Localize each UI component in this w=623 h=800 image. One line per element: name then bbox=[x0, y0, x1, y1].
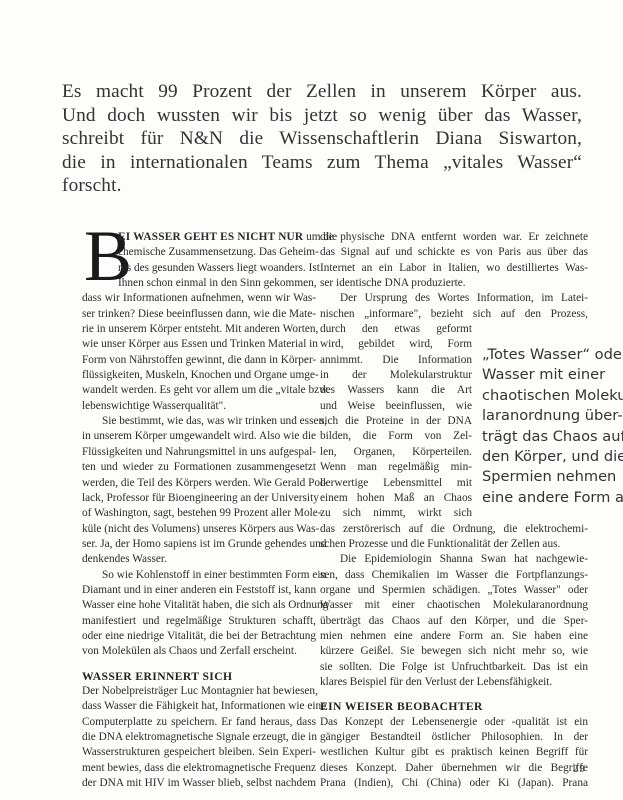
body-line: einem hohen Maß an Chaos bbox=[320, 491, 472, 506]
body-line: des Wassers kann die Art bbox=[320, 383, 472, 398]
body-line: derwertige Lebensmittel mit bbox=[320, 476, 472, 491]
body-line: wandelt werden. Es geht vor allem um die… bbox=[82, 383, 316, 398]
intro-line: Und doch wussten wir bis jetzt so wenig … bbox=[62, 104, 582, 128]
body-line: ser. Ja, der Homo sapiens ist im Grunde … bbox=[82, 537, 316, 552]
body-line: die physische DNA entfernt worden war. E… bbox=[320, 230, 588, 245]
body-line: ten und wieder zu Formationen zusammenge… bbox=[82, 460, 316, 475]
body-line: Wasser eine hohe Vitalität haben, die si… bbox=[82, 598, 316, 613]
body-line: organe und Spermien schädigen. „Totes Wa… bbox=[320, 583, 588, 598]
body-line: sie sollten. Die Folge ist Unfruchtbarke… bbox=[320, 660, 588, 675]
pull-quote-line: trägt das Chaos auf bbox=[482, 427, 592, 447]
body-line: schen Prozesse und die Funktionalität de… bbox=[320, 537, 588, 552]
lead-in: EI WASSER GEHT ES NICHT NUR bbox=[118, 231, 303, 243]
intro-line: schreibt für N&N die Wissenschaftlerin D… bbox=[62, 127, 582, 151]
body-line: EI WASSER GEHT ES NICHT NUR um die bbox=[82, 230, 316, 245]
pull-quote-line: „Totes Wasser“ oder bbox=[482, 345, 592, 365]
intro-line: die in internationalen Teams zum Thema „… bbox=[62, 151, 582, 175]
body-line: von Molekülen als Chaos und Zerfall ersc… bbox=[82, 644, 316, 659]
body-line: Sie bestimmt, wie das, was wir trinken u… bbox=[82, 414, 316, 429]
body-line: westlichen Kultur gibt es praktisch kein… bbox=[320, 745, 588, 760]
body-line: die DNA elektromagnetische Signale erzeu… bbox=[82, 730, 316, 745]
body-column-1: EI WASSER GEHT ES NICHT NUR um die chemi… bbox=[82, 230, 316, 791]
body-line: Computerplatte zu speichern. Er fand her… bbox=[82, 715, 316, 730]
pull-quote-line: Wasser mit einer bbox=[482, 365, 592, 385]
body-line: gängiger Bestandteil östlicher Philosoph… bbox=[320, 730, 588, 745]
body-line: Die Epidemiologin Shanna Swan hat nachge… bbox=[320, 552, 588, 567]
body-line: dass Wasser die Fähigkeit hat, Informati… bbox=[82, 699, 316, 714]
body-line: So wie Kohlenstoff in einer bestimmten F… bbox=[82, 568, 316, 583]
body-line: ser identische DNA produzierte. bbox=[320, 276, 588, 291]
body-line: und Weise beeinflussen, wie bbox=[320, 399, 472, 414]
body-line: dieses Konzept. Daher übernehmen wir die… bbox=[320, 761, 588, 776]
body-line: oder eine niedrige Vitalität, die bei de… bbox=[82, 629, 316, 644]
body-line: das zerstörerisch auf die Ordnung, die e… bbox=[320, 522, 588, 537]
article-intro: Es macht 99 Prozent der Zellen in unsere… bbox=[62, 80, 582, 198]
body-line: flüssigkeiten, Muskeln, Knochen und Orga… bbox=[82, 368, 316, 383]
body-line: klares Beispiel für den Verlust der Lebe… bbox=[320, 675, 588, 690]
pull-quote-line: eine andere Form an. bbox=[482, 488, 592, 508]
body-line: ment bewies, dass die elektromagnetische… bbox=[82, 761, 316, 776]
body-line: lack, Professor für Bioengineering an de… bbox=[82, 491, 316, 506]
body-line: wie unser Körper aus Essen und Trinken M… bbox=[82, 337, 316, 352]
body-line: of Washington, sagt, bestehen 99 Prozent… bbox=[82, 506, 316, 521]
body-column-2: die physische DNA entfernt worden war. E… bbox=[320, 230, 588, 791]
pull-quote-line: den Körper, und die bbox=[482, 447, 592, 467]
body-line: ser trinken? Diese beeinflussen dann, wi… bbox=[82, 307, 316, 322]
body-line: len, Organen, Körperteilen. bbox=[320, 445, 472, 460]
body-line: Prana (Indien), Chi (China) oder Ki (Jap… bbox=[320, 776, 588, 791]
pull-quote-line: laranordnung über- bbox=[482, 406, 592, 426]
body-line: nis des gesunden Wassers liegt woanders.… bbox=[82, 261, 316, 276]
page-number: 29 bbox=[573, 764, 586, 775]
body-line: in der Molekularstruktur bbox=[320, 368, 472, 383]
body-line: Wasserstrukturen gespeichert bleiben. Se… bbox=[82, 745, 316, 760]
body-line: bilden, die Form von Zel- bbox=[320, 429, 472, 444]
body-line: überträgt das Chaos auf den Körper, und … bbox=[320, 614, 588, 629]
body-line: denkendes Wasser. bbox=[82, 552, 316, 567]
body-line: chemische Zusammensetzung. Das Geheim- bbox=[82, 245, 316, 260]
body-line: Internet an ein Labor in Italien, wo des… bbox=[320, 261, 588, 276]
body-line: manifestiert und regelmäßige Strukturen … bbox=[82, 614, 316, 629]
body-line: Wenn man regelmäßig min- bbox=[320, 460, 472, 475]
body-line: durch den etwas geformt bbox=[320, 322, 472, 337]
pull-quote-line: chaotischen Moleku- bbox=[482, 386, 592, 406]
body-line: werden, die Teil des Körpers werden. Wie… bbox=[82, 476, 316, 491]
body-line: Der Nobelpreisträger Luc Montagnier hat … bbox=[82, 684, 316, 699]
body-line: das Signal auf und schickte es von Paris… bbox=[320, 245, 588, 260]
body-line: wird, gebildet wird, Form bbox=[320, 337, 472, 352]
body-line: Der Ursprung des Wortes Information, im … bbox=[320, 291, 588, 306]
body-line: küle (nicht des Volumens) unseres Körper… bbox=[82, 522, 316, 537]
pull-quote-line: Spermien nehmen bbox=[482, 467, 592, 487]
body-line: Wasser mit einer chaotischen Molekularan… bbox=[320, 598, 588, 613]
body-line: sich die Proteine in der DNA bbox=[320, 414, 472, 429]
body-line: zu sich nimmt, wirkt sich bbox=[320, 506, 472, 521]
body-line: Form von Nährstoffen gewinnt, die dann i… bbox=[82, 353, 316, 368]
body-line: Flüssigkeiten und Nahrungsmittel in uns … bbox=[82, 445, 316, 460]
body-line: Diamant und in einer anderen ein Feststo… bbox=[82, 583, 316, 598]
body-line: sen, dass Chemikalien im Wasser die Fort… bbox=[320, 568, 588, 583]
body-line: rie in unserem Körper entsteht. Mit ande… bbox=[82, 322, 316, 337]
body-line: der DNA mit HIV im Wasser blieb, selbst … bbox=[82, 776, 316, 791]
body-line: annimmt. Die Information bbox=[320, 353, 472, 368]
body-line: dass wir Informationen aufnehmen, wenn w… bbox=[82, 291, 316, 306]
section-heading: WASSER ERINNERT SICH bbox=[82, 669, 316, 684]
body-line: kürzere Geißel. Sie bewegen sich nicht m… bbox=[320, 644, 588, 659]
body-line: Ihnen schon einmal in den Sinn gekommen, bbox=[82, 276, 316, 291]
body-line: in unserem Körper umgewandelt wird. Also… bbox=[82, 429, 316, 444]
body-line: lebenswichtige Wasserqualität". bbox=[82, 399, 316, 414]
section-heading: EIN WEISER BEOBACHTER bbox=[320, 699, 588, 714]
body-line: nischen „informare", bezieht sich auf de… bbox=[320, 307, 588, 322]
body-line: Das Konzept der Lebensenergie oder -qual… bbox=[320, 715, 588, 730]
intro-line: forscht. bbox=[62, 174, 582, 198]
intro-line: Es macht 99 Prozent der Zellen in unsere… bbox=[62, 80, 582, 104]
body-line: mien nehmen eine andere Form an. Sie hab… bbox=[320, 629, 588, 644]
pull-quote: „Totes Wasser“ oder Wasser mit einer cha… bbox=[482, 345, 592, 508]
